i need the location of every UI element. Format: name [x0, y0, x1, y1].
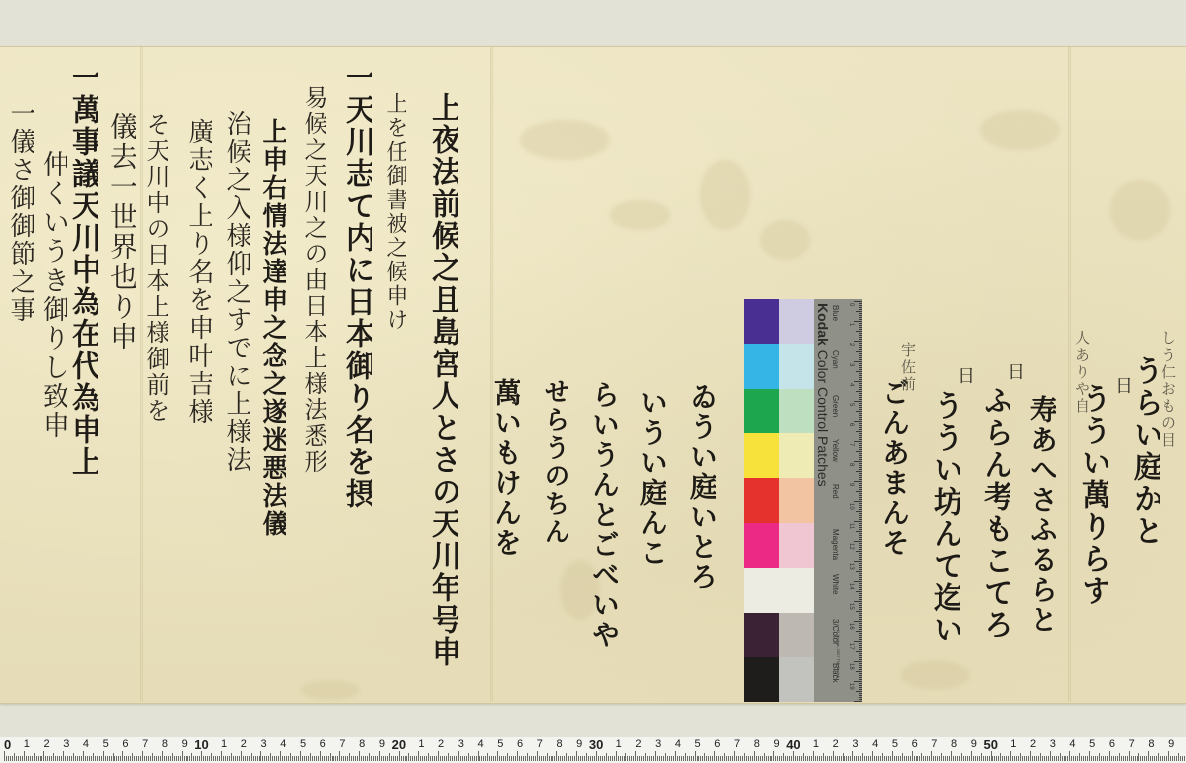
ruler-tick: [225, 756, 226, 761]
ruler-tick: [351, 756, 352, 761]
ruler-tick: [564, 756, 565, 761]
ruler-tick: [1022, 756, 1023, 761]
ruler-tick: [458, 751, 459, 761]
ruler-minor-label: 2: [438, 738, 444, 750]
ruler-major-label: 50: [984, 737, 998, 752]
ruler-tick: [430, 756, 431, 761]
ruler-tick: [383, 756, 384, 761]
chart-ruler-tick: [856, 431, 862, 432]
paper-seam: [490, 46, 493, 702]
ruler-tick: [695, 751, 696, 761]
ruler-tick: [43, 751, 44, 761]
ruler-tick: [420, 756, 421, 761]
ruler-tick: [1087, 756, 1088, 761]
text-column: 治候之入様仰之すでに上様法: [224, 110, 250, 474]
chart-ruler-tick: [859, 353, 862, 354]
patch-label: Yellow: [831, 439, 840, 462]
ruler-tick: [1036, 756, 1037, 761]
ruler-tick: [803, 753, 804, 761]
ruler-tick: [146, 756, 147, 761]
stain: [300, 680, 360, 700]
ruler-tick: [815, 756, 816, 761]
chart-ruler-tick: [859, 635, 862, 636]
kodak-color-chart: Kodak Color Control Patches BlueCyanGree…: [744, 299, 862, 702]
chart-ruler-tick: [859, 497, 862, 498]
chart-ruler-number: 6: [848, 423, 854, 426]
ruler-tick: [588, 756, 589, 761]
ruler-tick: [616, 751, 617, 761]
patch-row-magenta: [744, 523, 814, 568]
chart-ruler-tick: [859, 417, 862, 418]
ruler-tick: [69, 756, 70, 761]
ruler-tick: [829, 756, 830, 761]
ruler-tick: [835, 756, 836, 761]
chart-ruler-tick: [859, 609, 862, 610]
ruler-tick: [353, 756, 354, 761]
ruler-tick: [316, 756, 317, 761]
chart-ruler-tick: [859, 547, 862, 548]
ruler-tick: [107, 756, 108, 761]
ruler-minor-label: 4: [280, 738, 286, 750]
chart-ruler-tick: [859, 357, 862, 358]
ruler-minor-label: 4: [1069, 738, 1075, 750]
ruler-tick: [385, 756, 386, 761]
ruler-tick: [221, 751, 222, 761]
chart-ruler-tick: [859, 677, 862, 678]
chart-ruler-tick: [859, 527, 862, 528]
chart-ruler-tick: [859, 457, 862, 458]
ruler-tick: [568, 756, 569, 761]
ruler-minor-label: 8: [754, 738, 760, 750]
chart-ruler-tick: [856, 351, 862, 352]
chart-ruler-tick: [859, 473, 862, 474]
ruler-minor-label: 8: [951, 738, 957, 750]
ruler-tick: [296, 756, 297, 761]
ruler-minor-label: 3: [63, 738, 69, 750]
text-column: 廣志く上り名を申叶吉様: [186, 118, 212, 426]
ruler-tick: [590, 756, 591, 761]
ruler-tick: [410, 756, 411, 761]
chart-ruler-tick: [859, 529, 862, 530]
ruler-tick: [1065, 756, 1066, 761]
ruler-tick: [1113, 756, 1114, 761]
ruler-tick: [1081, 756, 1082, 761]
chart-ruler-tick: [859, 675, 862, 676]
text-column: 一儀さ御御節之事: [8, 100, 34, 324]
ruler-tick: [795, 756, 796, 761]
ruler-tick: [898, 756, 899, 761]
chart-ruler-tick: [859, 599, 862, 600]
ruler-tick: [545, 756, 546, 761]
ruler-tick: [547, 753, 548, 761]
ruler-tick: [367, 756, 368, 761]
ruler-tick: [57, 756, 58, 761]
patch-dark: [744, 613, 779, 658]
ruler-tick: [1069, 751, 1070, 761]
ruler-tick: [710, 756, 711, 761]
ruler-tick: [963, 756, 964, 761]
chart-ruler-tick: [859, 337, 862, 338]
ruler-tick: [878, 756, 879, 761]
chart-ruler-tick: [859, 557, 862, 558]
patch-dark: [744, 478, 779, 523]
ruler-tick: [714, 751, 715, 761]
ruler-tick: [51, 756, 52, 761]
chart-ruler-tick: [859, 515, 862, 516]
ruler-tick: [975, 756, 976, 761]
ruler-tick: [661, 756, 662, 761]
chart-ruler-tick: [856, 691, 862, 692]
ruler-tick: [193, 756, 194, 761]
ruler-tick: [943, 756, 944, 761]
ruler-tick: [706, 756, 707, 761]
ruler-tick: [1160, 756, 1161, 761]
chart-ruler-tick: [859, 699, 862, 700]
ruler-tick: [712, 756, 713, 761]
chart-ruler-tick: [859, 559, 862, 560]
ruler-tick: [570, 756, 571, 761]
ruler-tick: [596, 751, 597, 761]
ruler-tick: [1184, 756, 1185, 761]
chart-ruler-tick: [859, 393, 862, 394]
ruler-tick: [805, 756, 806, 761]
chart-ruler-tick: [856, 311, 862, 312]
ruler-tick: [947, 756, 948, 761]
ruler-tick: [843, 753, 844, 761]
ruler-tick: [487, 753, 488, 761]
chart-ruler-tick: [859, 519, 862, 520]
ruler-tick: [1077, 756, 1078, 761]
ruler-tick: [347, 756, 348, 761]
ruler-tick: [30, 756, 31, 761]
ruler-tick: [251, 753, 252, 761]
ruler-minor-label: 8: [359, 738, 365, 750]
ruler-minor-label: 6: [320, 738, 326, 750]
ruler-tick: [985, 756, 986, 761]
ruler-tick: [1044, 756, 1045, 761]
ruler-tick: [310, 753, 311, 761]
ruler-tick: [919, 756, 920, 761]
ruler-tick: [1178, 753, 1179, 761]
ruler-tick: [1115, 756, 1116, 761]
ruler-tick: [693, 756, 694, 761]
ruler-tick: [1062, 756, 1063, 761]
ruler-tick: [732, 756, 733, 761]
ruler-tick: [868, 756, 869, 761]
ruler-tick: [294, 756, 295, 761]
ruler-tick: [1034, 756, 1035, 761]
ruler-tick: [633, 756, 634, 761]
ruler-tick: [531, 756, 532, 761]
chart-ruler-tick: [859, 455, 862, 456]
ruler-tick: [460, 756, 461, 761]
ruler-tick: [718, 756, 719, 761]
chart-ruler-tick: [859, 433, 862, 434]
ruler-tick: [253, 756, 254, 761]
chart-ruler-number: 12: [848, 543, 854, 550]
ruler-tick: [330, 753, 331, 761]
ruler-tick: [906, 756, 907, 761]
ruler-tick: [793, 751, 794, 761]
ruler-tick: [874, 756, 875, 761]
ruler-tick: [1083, 756, 1084, 761]
ruler-minor-label: 9: [971, 738, 977, 750]
ruler-tick: [186, 756, 187, 761]
chart-ruler-tick: [859, 503, 862, 504]
ruler-tick: [586, 753, 587, 761]
text-column: ううい坊んて迄い: [930, 390, 960, 646]
ruler-tick: [1164, 756, 1165, 761]
ruler-tick: [608, 756, 609, 761]
chart-ruler-tick: [859, 577, 862, 578]
chart-ruler-tick: [859, 477, 862, 478]
ruler-tick: [681, 756, 682, 761]
ruler-tick: [217, 756, 218, 761]
chart-ruler-tick: [859, 517, 862, 518]
ruler-tick: [442, 756, 443, 761]
ruler-tick: [67, 756, 68, 761]
patch-row-3-color: [744, 613, 814, 658]
day-mark: 日: [1007, 358, 1025, 384]
ruler-tick: [371, 756, 372, 761]
ruler-tick: [1127, 756, 1128, 761]
ruler-minor-label: 4: [478, 738, 484, 750]
chart-ruler-tick: [859, 317, 862, 318]
ruler-tick: [113, 753, 114, 761]
patch-label: Blue: [831, 305, 840, 321]
chart-ruler-tick: [859, 583, 862, 584]
ruler-tick: [22, 756, 23, 761]
chart-ruler-tick: [859, 533, 862, 534]
ruler-tick: [742, 756, 743, 761]
patch-dark: [744, 657, 779, 702]
ruler-tick: [497, 751, 498, 761]
chart-ruler-tick: [859, 649, 862, 650]
chart-ruler-tick: [859, 629, 862, 630]
text-column: ゐうい庭いとろ: [688, 382, 716, 592]
chart-ruler-tick: [859, 657, 862, 658]
text-column: 上夜法前候之且島宮人とさの天川年号申: [428, 92, 458, 668]
ruler-tick: [750, 756, 751, 761]
ruler-tick: [734, 751, 735, 761]
chart-ruler-tick: [859, 575, 862, 576]
ruler-tick: [768, 756, 769, 761]
chart-ruler-tick: [856, 611, 862, 612]
ruler-minor-label: 1: [24, 738, 30, 750]
ruler-tick: [866, 756, 867, 761]
ruler-tick: [71, 756, 72, 761]
chart-ruler-tick: [859, 525, 862, 526]
patch-light: [779, 389, 814, 434]
ruler-tick: [408, 753, 409, 761]
chart-ruler-tick: [854, 381, 862, 382]
chart-ruler-tick: [856, 531, 862, 532]
ruler-tick: [929, 756, 930, 761]
chart-ruler-tick: [859, 565, 862, 566]
ruler-tick: [176, 756, 177, 761]
ruler-tick: [1028, 756, 1029, 761]
ruler-tick: [355, 756, 356, 761]
ruler-tick: [391, 756, 392, 761]
ruler-minor-label: 7: [339, 738, 345, 750]
chart-ruler-tick: [859, 439, 862, 440]
ruler-tick: [324, 756, 325, 761]
chart-ruler-tick: [859, 507, 862, 508]
chart-ruler-tick: [859, 505, 862, 506]
ruler-tick: [983, 756, 984, 761]
text-column: 上申右情法達申之念之遂迷悪法儀: [260, 118, 286, 538]
text-column: ふらん考もこてろ: [980, 385, 1010, 641]
ruler-tick: [698, 756, 699, 761]
ruler-tick: [101, 756, 102, 761]
chart-ruler-tick: [859, 639, 862, 640]
ruler-minor-label: 1: [221, 738, 227, 750]
text-column: せらうのちん: [542, 378, 568, 546]
chart-ruler-tick: [859, 607, 862, 608]
ruler-tick: [509, 756, 510, 761]
ruler-tick: [846, 756, 847, 761]
chart-ruler-tick: [859, 655, 862, 656]
ruler-tick: [335, 756, 336, 761]
chart-ruler-tick: [856, 571, 862, 572]
ruler-tick: [20, 756, 21, 761]
ruler-tick: [935, 756, 936, 761]
ruler-tick: [8, 756, 9, 761]
ruler-tick: [931, 751, 932, 761]
ruler-tick: [1067, 756, 1068, 761]
ruler-tick: [870, 756, 871, 761]
stain: [760, 220, 810, 260]
chart-ruler-tick: [859, 549, 862, 550]
ruler-tick: [1156, 756, 1157, 761]
patch-label: Magenta: [831, 529, 840, 560]
ruler-tick: [456, 756, 457, 761]
ruler-tick: [683, 756, 684, 761]
ruler-tick: [594, 756, 595, 761]
ruler-tick: [758, 756, 759, 761]
ruler-tick: [55, 756, 56, 761]
ruler-tick: [614, 756, 615, 761]
ruler-tick: [99, 756, 100, 761]
ruler-tick: [345, 756, 346, 761]
chart-brand: Kodak: [815, 303, 831, 346]
chart-ruler-tick: [854, 421, 862, 422]
chart-ruler-tick: [856, 651, 862, 652]
ruler-tick: [953, 756, 954, 761]
ruler-tick: [533, 756, 534, 761]
chart-ruler-tick: [856, 671, 862, 672]
ruler-tick: [864, 756, 865, 761]
ruler-tick: [136, 756, 137, 761]
patch-row-blue: [744, 299, 814, 344]
ruler-tick: [491, 756, 492, 761]
ruler-tick: [197, 756, 198, 761]
ruler-tick: [1148, 751, 1149, 761]
ruler-tick: [839, 756, 840, 761]
ruler-tick: [489, 756, 490, 761]
chart-ruler-tick: [859, 415, 862, 416]
chart-ruler-tick: [859, 475, 862, 476]
ruler-tick: [578, 756, 579, 761]
ruler-tick: [535, 756, 536, 761]
ruler-tick: [503, 756, 504, 761]
chart-ruler-tick: [856, 411, 862, 412]
ruler-tick: [728, 756, 729, 761]
ruler-tick: [180, 756, 181, 761]
day-mark: 日: [1115, 372, 1133, 398]
chart-ruler-tick: [856, 491, 862, 492]
chart-ruler-tick: [859, 423, 862, 424]
ruler-tick: [134, 756, 135, 761]
ruler-tick: [1154, 756, 1155, 761]
ruler-tick: [1010, 751, 1011, 761]
chart-ruler: 012345678910111213141516171819: [848, 299, 862, 702]
ruler-tick: [160, 756, 161, 761]
chart-ruler-tick: [859, 643, 862, 644]
ruler-tick: [551, 756, 552, 761]
chart-ruler-tick: [856, 551, 862, 552]
ruler-tick: [819, 756, 820, 761]
ruler-tick: [914, 756, 915, 761]
ruler-tick: [38, 756, 39, 761]
ruler-tick: [195, 756, 196, 761]
ruler-major-label: 40: [786, 737, 800, 752]
ruler-tick: [989, 756, 990, 761]
chart-ruler-tick: [854, 461, 862, 462]
ruler-tick: [223, 756, 224, 761]
ruler-tick: [823, 753, 824, 761]
ruler-tick: [543, 756, 544, 761]
ruler-tick: [189, 756, 190, 761]
chart-ruler-number: 11: [848, 523, 854, 529]
ruler-tick: [416, 756, 417, 761]
ruler-tick: [1089, 751, 1090, 761]
ruler-tick: [191, 753, 192, 761]
ruler-tick: [677, 756, 678, 761]
ruler-tick: [724, 753, 725, 761]
ruler-tick: [1111, 756, 1112, 761]
measurement-ruler: 0123456789101234567892012345678930123456…: [0, 737, 1186, 763]
ruler-tick: [896, 756, 897, 761]
ruler-tick: [1073, 756, 1074, 761]
ruler-tick: [602, 756, 603, 761]
chart-ruler-tick: [859, 419, 862, 420]
ruler-minor-label: 8: [1148, 738, 1154, 750]
chart-ruler-tick: [854, 541, 862, 542]
chart-ruler-tick: [859, 369, 862, 370]
ruler-tick: [132, 753, 133, 761]
ruler-tick: [1097, 756, 1098, 761]
ruler-tick: [704, 753, 705, 761]
patch-light: [779, 344, 814, 389]
ruler-tick: [1040, 753, 1041, 761]
ruler-tick: [1152, 756, 1153, 761]
ruler-tick: [95, 756, 96, 761]
ruler-tick: [541, 756, 542, 761]
ruler-tick: [669, 756, 670, 761]
chart-ruler-number: 0: [848, 303, 854, 306]
ruler-tick: [1012, 756, 1013, 761]
chart-ruler-tick: [859, 687, 862, 688]
ruler-tick: [6, 756, 7, 761]
ruler-tick: [493, 756, 494, 761]
chart-ruler-tick: [859, 327, 862, 328]
ruler-tick: [1138, 753, 1139, 761]
ruler-tick: [479, 756, 480, 761]
ruler-major-label: 30: [589, 737, 603, 752]
ruler-tick: [314, 756, 315, 761]
ruler-tick: [1105, 756, 1106, 761]
